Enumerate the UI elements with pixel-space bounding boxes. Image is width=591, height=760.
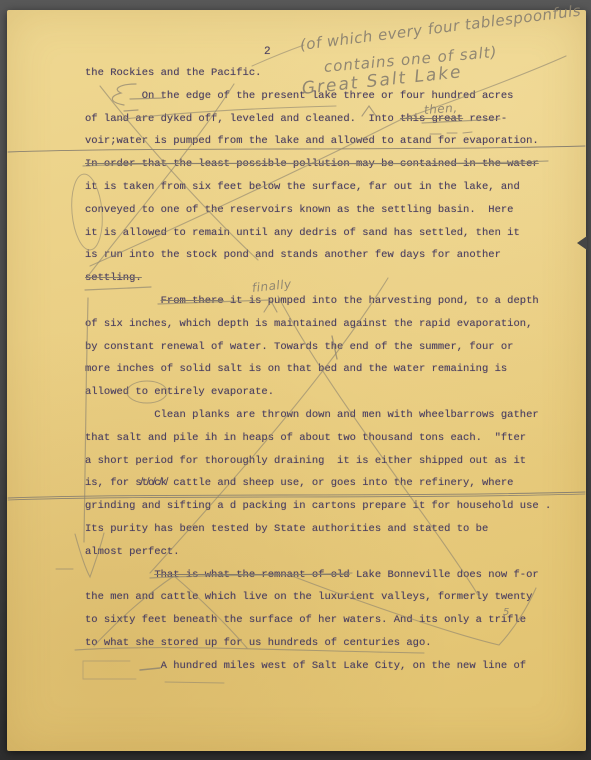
typed-line: grinding and sifting a d packing in cart… — [85, 495, 551, 518]
struck-text: That is what the remnant of old — [154, 569, 349, 581]
typed-line: settling. — [85, 267, 551, 290]
typed-line: conveyed to one of the reservoirs known … — [85, 199, 551, 222]
typed-line: of land are dyked off, leveled and clean… — [85, 108, 551, 131]
typed-line: allowed to entirely evaporate. — [85, 381, 551, 404]
struck-text: this great — [400, 113, 463, 125]
manuscript-page: 2 the Rockies and the Pacific. On the ed… — [7, 10, 586, 751]
typed-line: the men and cattle which live on the lux… — [85, 586, 551, 609]
typed-line: more inches of solid salt is on that bed… — [85, 358, 551, 381]
struck-text: From there — [161, 295, 224, 307]
typed-line: Clean planks are thrown down and men wit… — [85, 404, 551, 427]
typed-line: to sixty feet beneath the surface of her… — [85, 609, 551, 632]
typed-line: it is allowed to remain until any dedris… — [85, 222, 551, 245]
typed-line: of six inches, which depth is maintained… — [85, 313, 551, 336]
typed-line: to what she stored up for us hundreds of… — [85, 632, 551, 655]
typed-line: voir;water is pumped from the lake and a… — [85, 130, 551, 153]
typed-text-block: the Rockies and the Pacific. On the edge… — [85, 62, 551, 678]
typed-line: that salt and pile ih in heaps of about … — [85, 427, 551, 450]
typed-line: Its purity has been tested by State auth… — [85, 518, 551, 541]
typed-line: In order that the least possible polluti… — [85, 153, 551, 176]
typed-line: is, for s̸t̸o̸c̸k̸ cattle and sheep use,… — [85, 472, 551, 495]
typed-line: On the edge of the present lake three or… — [85, 85, 551, 108]
typed-line: by constant renewal of water. Towards th… — [85, 336, 551, 359]
typed-line: almost perfect. — [85, 541, 551, 564]
typed-line: it is taken from six feet below the surf… — [85, 176, 551, 199]
scanned-document-view: { "page": { "number": "2", "paper_color"… — [0, 0, 591, 760]
typed-line: is run into the stock pond and stands an… — [85, 244, 551, 267]
struck-text: In order that the least possible polluti… — [85, 158, 539, 170]
page-number: 2 — [264, 46, 271, 58]
typed-line: the Rockies and the Pacific. — [85, 62, 551, 85]
typed-line: That is what the remnant of old Lake Bon… — [85, 564, 551, 587]
typed-line: From there it is pumped into the harvest… — [85, 290, 551, 313]
typed-line: A hundred miles west of Salt Lake City, … — [85, 655, 551, 678]
typed-line: a short period for thoroughly draining i… — [85, 450, 551, 473]
struck-text: settling. — [85, 272, 142, 284]
